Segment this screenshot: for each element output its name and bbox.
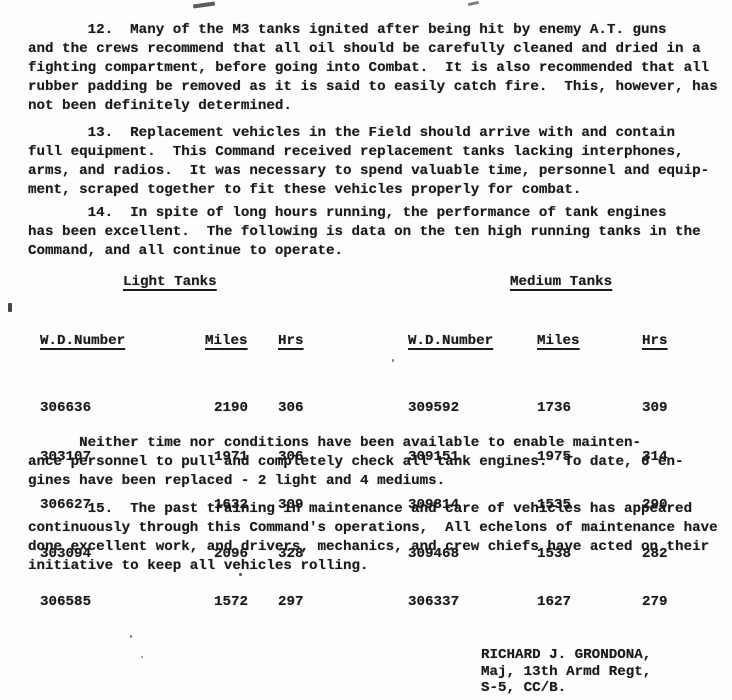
column-header-miles: Miles bbox=[537, 333, 642, 350]
light-tanks-header-row: W.D.Number Miles Hrs bbox=[40, 333, 328, 350]
cell-miles: 1736 bbox=[537, 400, 642, 417]
cell-wd-number: 306636 bbox=[40, 400, 205, 417]
cell-hrs: 297 bbox=[278, 594, 328, 611]
column-header-hrs: Hrs bbox=[642, 333, 692, 350]
medium-tanks-header-row: W.D.Number Miles Hrs bbox=[408, 333, 692, 350]
scan-artifact bbox=[141, 656, 143, 658]
table-row: 306585 1572 297 bbox=[40, 594, 328, 611]
cell-miles: 1627 bbox=[537, 594, 642, 611]
maintenance-note-paragraph: Neither time nor conditions have been av… bbox=[28, 434, 684, 491]
document-page: 12. Many of the M3 tanks ignited after b… bbox=[0, 0, 732, 700]
scan-artifact bbox=[468, 1, 479, 6]
cell-hrs: 309 bbox=[642, 400, 692, 417]
cell-wd-number: 306337 bbox=[408, 594, 537, 611]
paragraph-14: 14. In spite of long hours running, the … bbox=[28, 204, 701, 261]
cell-miles: 1572 bbox=[205, 594, 278, 611]
cell-wd-number: 306585 bbox=[40, 594, 205, 611]
table-row: 306337 1627 279 bbox=[408, 594, 692, 611]
cell-wd-number: 309592 bbox=[408, 400, 537, 417]
cell-hrs: 306 bbox=[278, 400, 328, 417]
column-header-hrs: Hrs bbox=[278, 333, 328, 350]
medium-tanks-title: Medium Tanks bbox=[510, 274, 612, 290]
scan-artifact bbox=[193, 1, 215, 8]
cell-hrs: 279 bbox=[642, 594, 692, 611]
column-header-wd-number: W.D.Number bbox=[40, 333, 205, 350]
light-tanks-title: Light Tanks bbox=[123, 274, 217, 290]
table-row: 306636 2190 306 bbox=[40, 400, 328, 417]
cell-miles: 2190 bbox=[205, 400, 278, 417]
table-row: 309592 1736 309 bbox=[408, 400, 692, 417]
paragraph-13: 13. Replacement vehicles in the Field sh… bbox=[28, 124, 709, 200]
column-header-wd-number: W.D.Number bbox=[408, 333, 537, 350]
signature-block: RICHARD J. GRONDONA, Maj, 13th Armd Regt… bbox=[481, 647, 651, 697]
scan-artifact bbox=[392, 359, 394, 362]
paragraph-12: 12. Many of the M3 tanks ignited after b… bbox=[28, 21, 718, 116]
scan-artifact bbox=[8, 303, 12, 312]
column-header-miles: Miles bbox=[205, 333, 278, 350]
paragraph-15: 15. The past training in maintenance and… bbox=[28, 500, 718, 576]
